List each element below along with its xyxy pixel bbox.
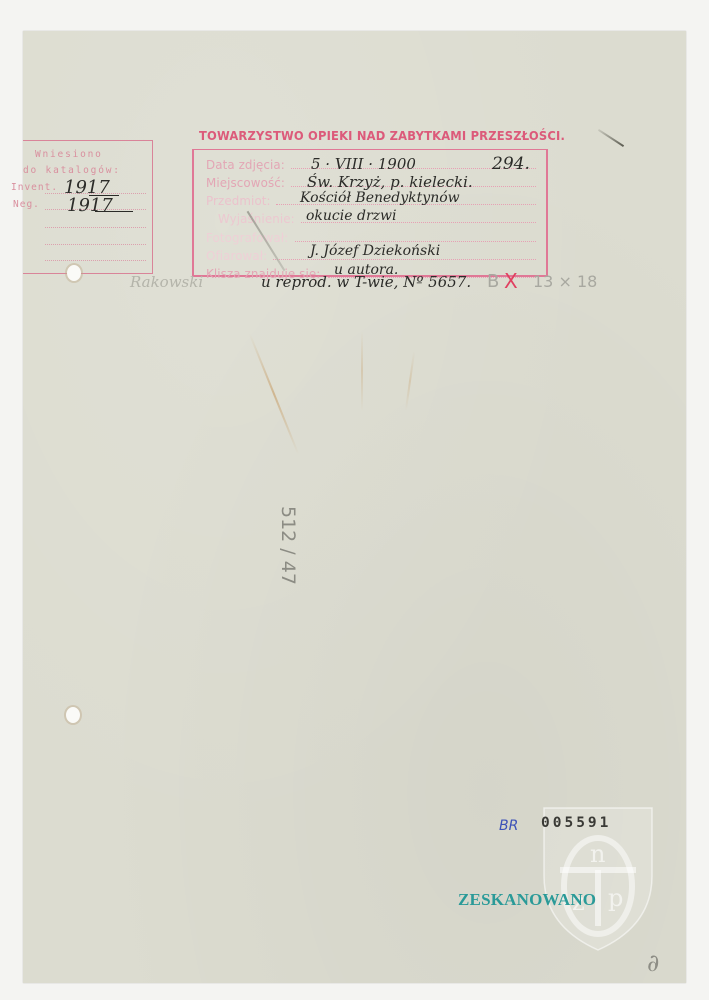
photo-info-stamp: Data zdjęcia: 5 · VIII · 1900 294. Miejs… <box>192 149 548 277</box>
br-label: BR <box>499 818 518 834</box>
svg-text:p: p <box>608 884 623 912</box>
catalog-entry-stamp: Wniesiono do katalogów: Invent. Neg. 191… <box>23 140 153 274</box>
field-value: 5 · VIII · 1900 <box>311 155 416 173</box>
handwritten-year: 1917 <box>67 195 113 216</box>
scanned-stamp: ZESKANOWANO <box>458 890 596 910</box>
pencil-rotated-number: 512 / 47 <box>277 506 299 585</box>
field-label: Miejscowość: <box>206 175 285 190</box>
stamp-line: Neg. <box>13 199 40 210</box>
field-label: Fotografował: <box>206 230 288 245</box>
field-value: Kościół Benedyktynów <box>300 190 460 206</box>
punch-hole <box>66 707 80 723</box>
field-label: Przedmiot: <box>206 193 271 208</box>
stamp-title: TOWARZYSTWO OPIEKI NAD ZABYTKAMI PRZESZŁ… <box>199 128 565 143</box>
serial-number: 005591 <box>541 815 611 831</box>
svg-text:n: n <box>590 840 605 868</box>
faint-name-note: Rakowski <box>130 273 203 291</box>
reproduction-note: u reprod. w T-wie, Nº 5657. <box>261 273 471 291</box>
field-value: okucie drzwi <box>306 208 396 224</box>
field-label: Ofiarował: <box>206 248 267 263</box>
stamp-line: Invent. <box>11 182 58 193</box>
field-value: Św. Krzyż, p. kielecki. <box>307 173 473 191</box>
stamp-line: Wniesiono <box>35 149 103 160</box>
corner-pencil-mark: ∂ <box>647 949 659 977</box>
catalog-card: Wniesiono do katalogów: Invent. Neg. 191… <box>23 31 686 983</box>
stamp-line: do katalogów: <box>23 165 121 176</box>
faint-code: B <box>487 271 499 292</box>
field-value: J. Józef Dziekoński <box>310 243 440 259</box>
photo-number: 294. <box>492 154 530 174</box>
red-x-mark: X <box>504 269 518 293</box>
size-note: 13 × 18 <box>533 272 597 291</box>
punch-hole <box>67 265 81 281</box>
field-label: Data zdjęcia: <box>206 157 285 172</box>
